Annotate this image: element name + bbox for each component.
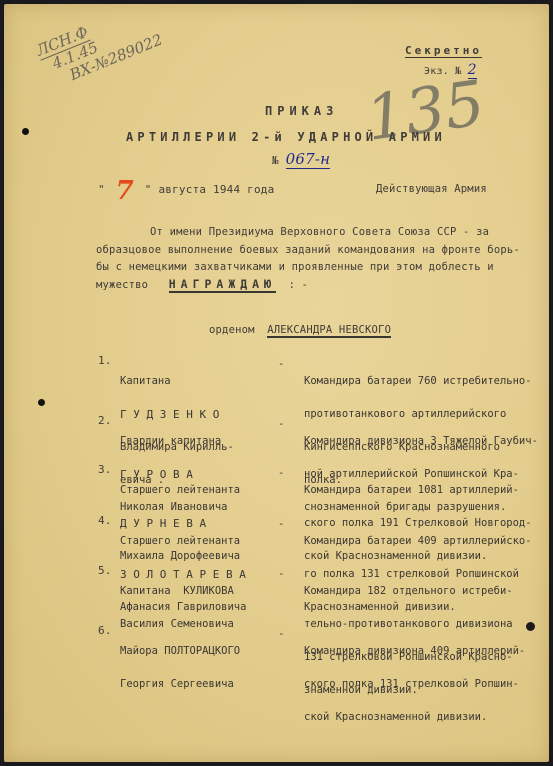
dateline-location: Действующая Армия xyxy=(376,183,487,195)
preamble-prefix: мужество xyxy=(96,279,148,291)
awardee-rank: Старшего лейтенанта xyxy=(120,536,246,547)
preamble-line1: От имени Президиума Верховного Совета Со… xyxy=(150,226,489,238)
punch-hole xyxy=(22,128,29,135)
desc-line: Командира 182 отдельного истреби- xyxy=(304,586,513,597)
copy-number: 2 xyxy=(468,62,477,79)
awardee-number: 6. xyxy=(98,624,112,637)
order-name: АЛЕКСАНДРА НЕВСКОГО xyxy=(267,324,391,338)
date-day: 7 xyxy=(116,176,134,206)
awardee-rank: Капитана xyxy=(120,376,234,387)
preamble-line3: бы с немецкими захватчиками и проявленны… xyxy=(96,261,494,273)
dateline: " 7 " августа 1944 года xyxy=(98,176,274,206)
order-prefix: орденом xyxy=(209,324,255,336)
awardee-rank-surname: Капитана КУЛИКОВА xyxy=(120,586,234,597)
desc-line: Командира батареи 760 истребительно- xyxy=(304,376,532,387)
order-number: № 067-н xyxy=(272,150,330,168)
awardee-description: Командира дивизиона 409 артиллерий- ског… xyxy=(304,624,525,745)
awardee-given-names: Георгия Сергеевича xyxy=(120,679,240,690)
awardee-dash: - xyxy=(278,628,285,640)
desc-line: Командира батареи 1081 артиллерий- xyxy=(304,485,532,496)
classification-label: Секретно xyxy=(405,44,482,58)
awardee-number: 3. xyxy=(98,463,112,476)
awardee-number: 5. xyxy=(98,564,112,577)
awardee-name: Майора ПОЛТОРАЦКОГО Георгия Сергеевича xyxy=(120,624,240,712)
desc-line: ской Краснознаменной дивизии. xyxy=(304,712,525,723)
archive-note: ЛСН.Ф 4.1.45 ВХ-№289022 xyxy=(34,0,165,92)
desc-line: ского полка 131 стрелковой Ропшин- xyxy=(304,679,525,690)
punch-hole xyxy=(38,399,45,406)
preamble-line2: образцовое выполнение боевых заданий ком… xyxy=(96,244,520,256)
award-verb: НАГРАЖДАЮ xyxy=(169,277,276,293)
date-open-quote: " xyxy=(98,183,105,196)
copy-label: Экз. № xyxy=(424,66,461,77)
order-number-prefix: № xyxy=(272,154,279,167)
awardee-number: 4. xyxy=(98,514,112,527)
copy-number-line: Экз. № 2 xyxy=(424,62,477,78)
awardee-dash: - xyxy=(278,568,285,580)
date-close-quote: " xyxy=(145,183,152,196)
page-subtitle: АРТИЛЛЕРИИ 2-й УДАРНОЙ АРМИИ xyxy=(126,130,446,144)
order-number-value: 067-н xyxy=(286,150,331,169)
desc-line: Командира батареи 409 артиллерийско- xyxy=(304,536,532,547)
awardee-dash: - xyxy=(278,418,285,430)
page-title: ПРИКАЗ xyxy=(265,104,338,118)
awardee-rank: Старшего лейтенанта xyxy=(120,485,240,496)
desc-line: Командира дивизиона 409 артиллерий- xyxy=(304,646,525,657)
ink-blot xyxy=(526,622,535,631)
awardee-number: 1. xyxy=(98,354,112,367)
desc-line: Командира дивизиона 3 Тяжелой Гаубич- xyxy=(304,436,538,447)
date-month-year: августа 1944 года xyxy=(158,183,274,196)
document-page: ЛСН.Ф 4.1.45 ВХ-№289022 135 Секретно Экз… xyxy=(4,4,549,762)
awardee-dash: - xyxy=(278,518,285,530)
order-heading: орденом АЛЕКСАНДРА НЕВСКОГО xyxy=(209,324,391,336)
preamble-line4: мужество НАГРАЖДАЮ : - xyxy=(96,277,308,291)
awardee-rank-surname: Майора ПОЛТОРАЦКОГО xyxy=(120,646,240,657)
preamble-suffix: : - xyxy=(289,279,309,291)
awardee-rank: Гвардии капитана xyxy=(120,436,227,447)
awardee-number: 2. xyxy=(98,414,112,427)
awardee-dash: - xyxy=(278,467,285,479)
awardee-dash: - xyxy=(278,358,285,370)
